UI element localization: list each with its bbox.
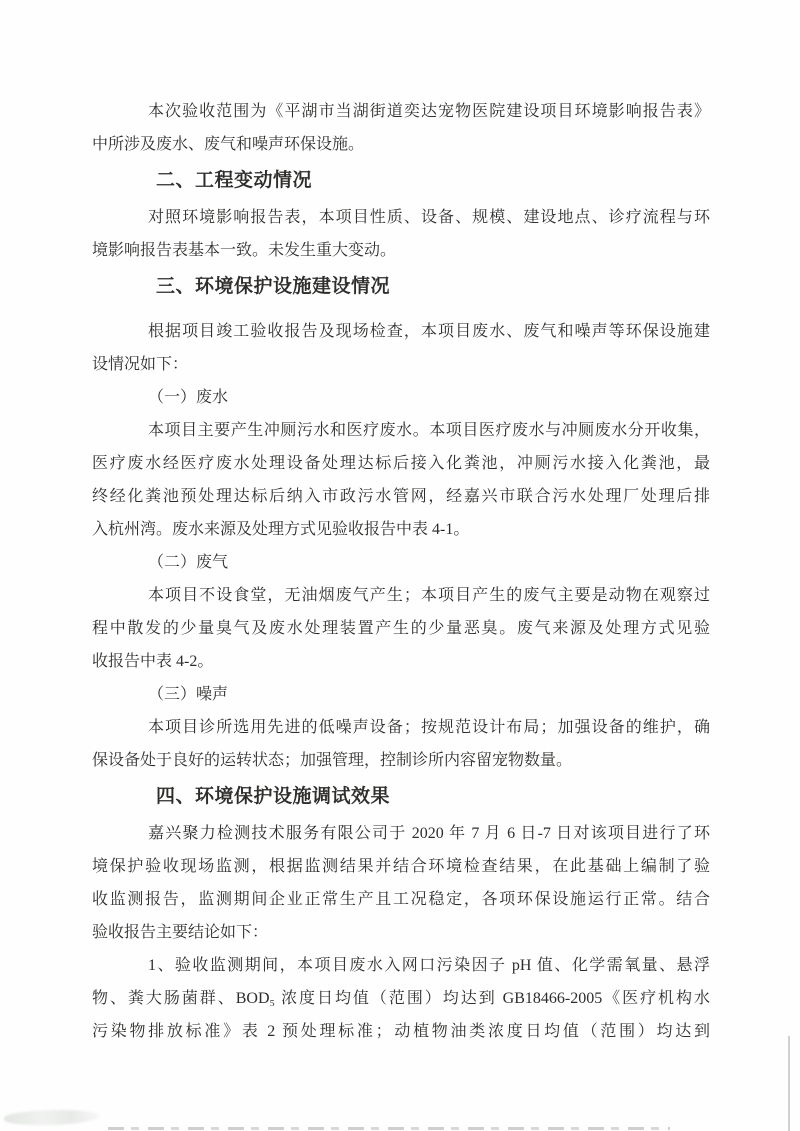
paragraph-line: 中所涉及废水、废气和噪声环保设施。 <box>92 128 710 161</box>
paragraph-line: 境保护验收现场监测，根据监测结果并结合环境检查结果，在此基础上编制了验 <box>92 850 710 883</box>
paragraph-line: 收监测报告，监测期间企业正常生产且工况稳定，各项环保设施运行正常。结合 <box>92 883 710 916</box>
paragraph-line: 污染物排放标准》表 2 预处理标准；动植物油类浓度日均值（范围）均达到 <box>92 1015 710 1048</box>
document-page: 本次验收范围为《平湖市当湖街道奕达宠物医院建设项目环境影响报告表》 中所涉及废水… <box>0 0 800 1131</box>
paragraph-wastewater: 本项目主要产生冲厕污水和医疗废水。本项目医疗废水与冲厕废水分开收集， 医疗废水经… <box>92 414 710 546</box>
paragraph-line: 根据项目竣工验收报告及现场检查，本项目废水、废气和噪声等环保设施建 <box>92 315 710 348</box>
paragraph-noise: 本项目诊所选用先进的低噪声设备；按规范设计布局；加强设备的维护，确 保设备处于良… <box>92 711 710 777</box>
paragraph-line: 医疗废水经医疗废水处理设备处理达标后接入化粪池，冲厕污水接入化粪池，最 <box>92 447 710 480</box>
paragraph-facilities-intro: 根据项目竣工验收报告及现场检查，本项目废水、废气和噪声等环保设施建 设情况如下： <box>92 315 710 381</box>
paragraph-debugging-effect: 嘉兴聚力检测技术服务有限公司于 2020 年 7 月 6 日-7 日对该项目进行… <box>92 817 710 949</box>
paragraph-waste-gas: 本项目不设食堂，无油烟废气产生；本项目产生的废气主要是动物在观察过 程中散发的少… <box>92 579 710 678</box>
paragraph-line: 保设备处于良好的运转状态；加强管理，控制诊所内容留宠物数量。 <box>92 744 710 777</box>
scan-smudge-artifact <box>4 1108 100 1126</box>
paragraph-line: 设情况如下： <box>92 348 710 381</box>
section-heading-2: 二、工程变动情况 <box>92 163 710 199</box>
paragraph-line: 本次验收范围为《平湖市当湖街道奕达宠物医院建设项目环境影响报告表》 <box>92 95 710 128</box>
paragraph-line: 1、验收监测期间，本项目废水入网口污染因子 pH 值、化学需氧量、悬浮 <box>92 949 710 982</box>
paragraph-line: 嘉兴聚力检测技术服务有限公司于 2020 年 7 月 6 日-7 日对该项目进行… <box>92 817 710 850</box>
paragraph-line: 终经化粪池预处理达标后纳入市政污水管网，经嘉兴市联合污水处理厂处理后排 <box>92 480 710 513</box>
paragraph-line: 验收报告主要结论如下： <box>92 916 710 949</box>
paragraph-line: 程中散发的少量臭气及废水处理装置产生的少量恶臭。废气来源及处理方式见验 <box>92 612 710 645</box>
paragraph-conclusion-1: 1、验收监测期间，本项目废水入网口污染因子 pH 值、化学需氧量、悬浮 物、粪大… <box>92 949 710 1048</box>
paragraph-line: 境影响报告表基本一致。未发生重大变动。 <box>92 234 710 267</box>
paragraph-line: 物、粪大肠菌群、BOD₅ 浓度日均值（范围）均达到 GB18466-2005《医… <box>92 982 710 1015</box>
section-heading-3: 三、环境保护设施建设情况 <box>92 269 710 305</box>
section-heading-4: 四、环境保护设施调试效果 <box>92 779 710 815</box>
paragraph-line: 本项目主要产生冲厕污水和医疗废水。本项目医疗废水与冲厕废水分开收集， <box>92 414 710 447</box>
sub-heading-waste-gas: （二）废气 <box>92 546 710 579</box>
paragraph-line: 本项目诊所选用先进的低噪声设备；按规范设计布局；加强设备的维护，确 <box>92 711 710 744</box>
paragraph-project-changes: 对照环境影响报告表，本项目性质、设备、规模、建设地点、诊疗流程与环 境影响报告表… <box>92 201 710 267</box>
paragraph-line: 对照环境影响报告表，本项目性质、设备、规模、建设地点、诊疗流程与环 <box>92 201 710 234</box>
scan-right-edge-line <box>788 1036 790 1131</box>
scan-bottom-dashed-line <box>108 1127 670 1130</box>
paragraph-line: 收报告中表 4-2。 <box>92 645 710 678</box>
paragraph-line: 入杭州湾。废水来源及处理方式见验收报告中表 4-1。 <box>92 513 710 546</box>
document-text: 本次验收范围为《平湖市当湖街道奕达宠物医院建设项目环境影响报告表》 中所涉及废水… <box>92 95 710 1048</box>
sub-heading-noise: （三）噪声 <box>92 678 710 711</box>
paragraph-scope: 本次验收范围为《平湖市当湖街道奕达宠物医院建设项目环境影响报告表》 中所涉及废水… <box>92 95 710 161</box>
paragraph-line: 本项目不设食堂，无油烟废气产生；本项目产生的废气主要是动物在观察过 <box>92 579 710 612</box>
sub-heading-wastewater: （一）废水 <box>92 381 710 414</box>
